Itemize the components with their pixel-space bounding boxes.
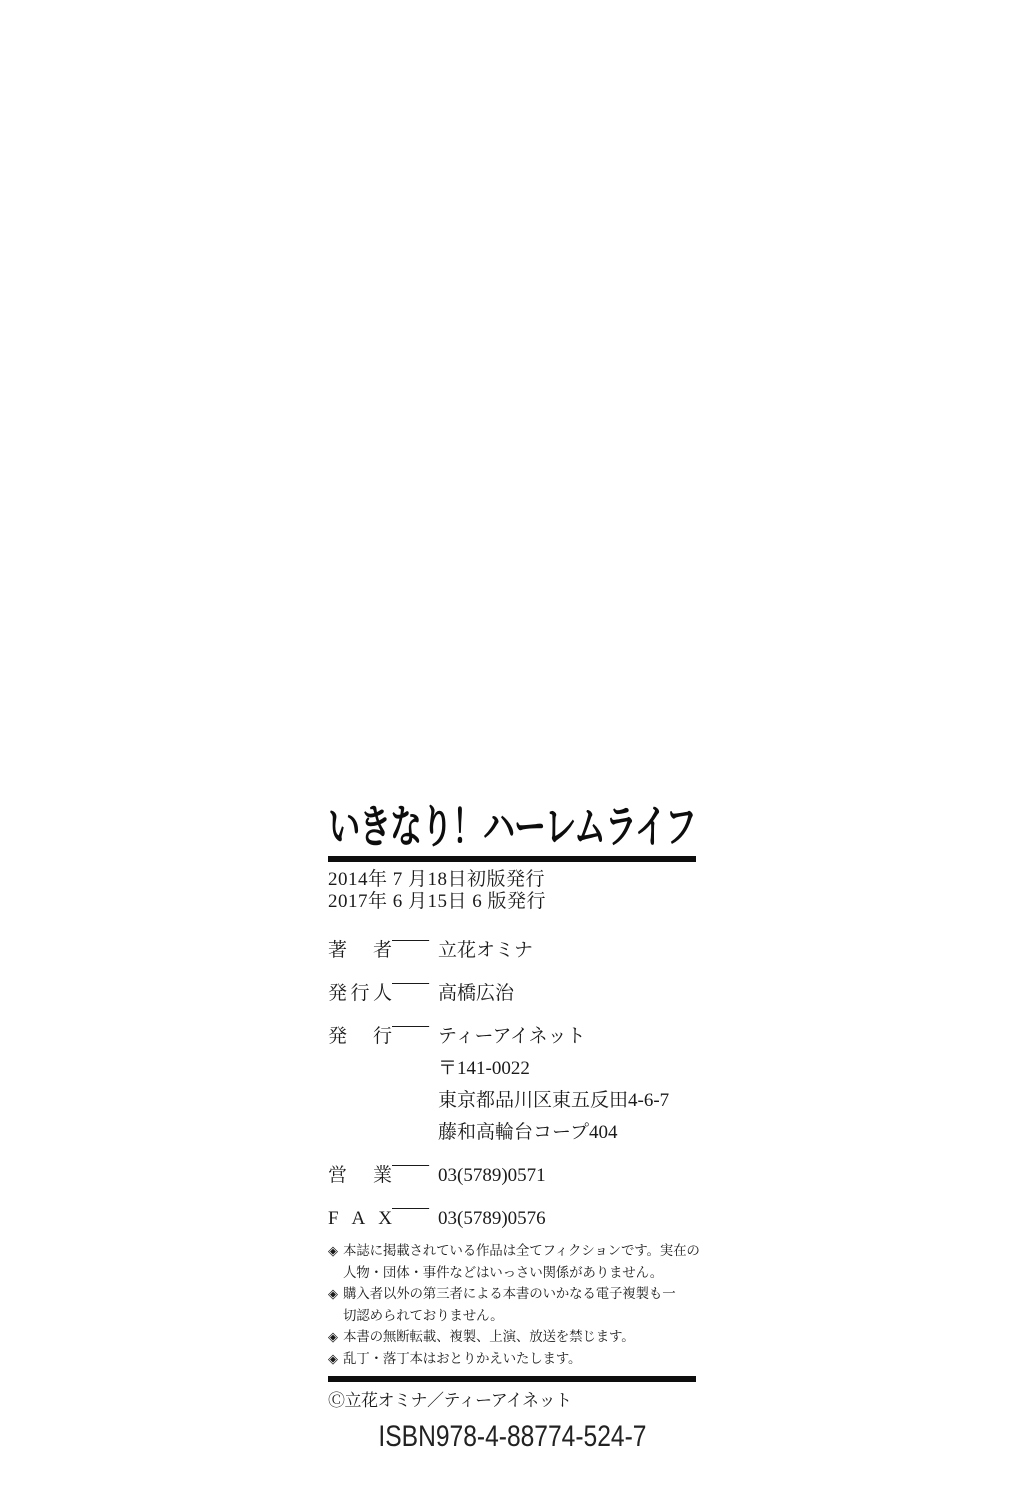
- note-reproduction: ◈ 本書の無断転載、複製、上演、放送を禁じます。: [328, 1326, 696, 1348]
- book-title: いきなり！ハーレムライフ: [328, 803, 696, 851]
- note-line: 本誌に掲載されている作品は全てフィクションです。実在の: [343, 1240, 700, 1262]
- note-defective-copies: ◈ 乱丁・落丁本はおとりかえいたします。: [328, 1348, 696, 1370]
- colophon-block: いきなり！ハーレムライフ 2014年 7 月18日初版発行 2017年 6 月1…: [328, 803, 696, 1450]
- publisher-row: 発 行——ティーアイネット: [328, 1010, 696, 1053]
- note-line: 乱丁・落丁本はおとりかえいたします。: [343, 1348, 696, 1370]
- edition-dates: 2014年 7 月18日初版発行 2017年 6 月15日 6 版発行: [328, 869, 696, 913]
- colophon-page: いきなり！ハーレムライフ 2014年 7 月18日初版発行 2017年 6 月1…: [0, 0, 1022, 1500]
- fax-number: 03(5789)0576: [438, 1208, 546, 1229]
- legal-notes: ◈ 本誌に掲載されている作品は全てフィクションです。実在の 人物・団体・事件など…: [328, 1240, 696, 1369]
- diamond-icon: ◈: [328, 1348, 343, 1370]
- dash-leader: ——: [392, 967, 438, 999]
- note-line: 人物・団体・事件などはいっさい関係がありません。: [343, 1262, 700, 1284]
- publisher-name: ティーアイネット: [438, 1026, 586, 1047]
- sales-phone-number: 03(5789)0571: [438, 1165, 546, 1186]
- diamond-icon: ◈: [328, 1326, 343, 1348]
- dash-leader: ——: [392, 924, 438, 956]
- note-digital-copy: ◈ 購入者以外の第三者による本書のいかなる電子複製も一 切認められておりません。: [328, 1283, 696, 1326]
- author-label: 著 者: [328, 935, 392, 967]
- postal-code: 〒141-0022: [438, 1053, 696, 1085]
- dash-leader: ——: [392, 1010, 438, 1042]
- note-fiction-disclaimer: ◈ 本誌に掲載されている作品は全てフィクションです。実在の 人物・団体・事件など…: [328, 1240, 696, 1283]
- author-row: 著 者——立花オミナ: [328, 924, 696, 967]
- diamond-icon: ◈: [328, 1240, 343, 1283]
- divider-top: [328, 856, 696, 862]
- author-name: 立花オミナ: [438, 940, 533, 961]
- divider-bottom: [328, 1376, 696, 1382]
- note-line: 切認められておりません。: [343, 1305, 696, 1327]
- note-line: 購入者以外の第三者による本書のいかなる電子複製も一: [343, 1283, 696, 1305]
- sales-label: 営 業: [328, 1160, 392, 1192]
- contacts-section: 営 業——03(5789)0571 F A X——03(5789)0576: [328, 1149, 696, 1235]
- isbn-text: ISBN978-4-88774-524-7: [378, 1424, 646, 1450]
- address-line: 東京都品川区東五反田4-6-7: [438, 1085, 696, 1117]
- address-building: 藤和高輪台コープ404: [438, 1117, 696, 1149]
- sales-phone-row: 営 業——03(5789)0571: [328, 1149, 696, 1192]
- note-line: 本書の無断転載、複製、上演、放送を禁じます。: [343, 1326, 696, 1348]
- publisher-label: 発 行: [328, 1021, 392, 1053]
- credits-section: 著 者——立花オミナ 発行人——高橋広治 発 行——ティーアイネット: [328, 924, 696, 1053]
- dash-leader: ——: [392, 1149, 438, 1181]
- publisher-person-name: 高橋広治: [438, 983, 514, 1004]
- fax-label: F A X: [328, 1203, 392, 1235]
- book-title-text: いきなり！ハーレムライフ: [328, 803, 696, 851]
- publisher-person-row: 発行人——高橋広治: [328, 967, 696, 1010]
- publisher-person-label: 発行人: [328, 978, 392, 1010]
- fax-row: F A X——03(5789)0576: [328, 1192, 696, 1235]
- first-edition-date: 2014年 7 月18日初版発行: [328, 869, 696, 891]
- copyright-line: Ⓒ立花オミナ／ティーアイネット: [328, 1391, 696, 1411]
- isbn: ISBN978-4-88774-524-7: [328, 1424, 696, 1450]
- publisher-address: 〒141-0022 東京都品川区東五反田4-6-7 藤和高輪台コープ404: [438, 1053, 696, 1149]
- dash-leader: ——: [392, 1192, 438, 1224]
- sixth-edition-date: 2017年 6 月15日 6 版発行: [328, 891, 696, 913]
- diamond-icon: ◈: [328, 1283, 343, 1326]
